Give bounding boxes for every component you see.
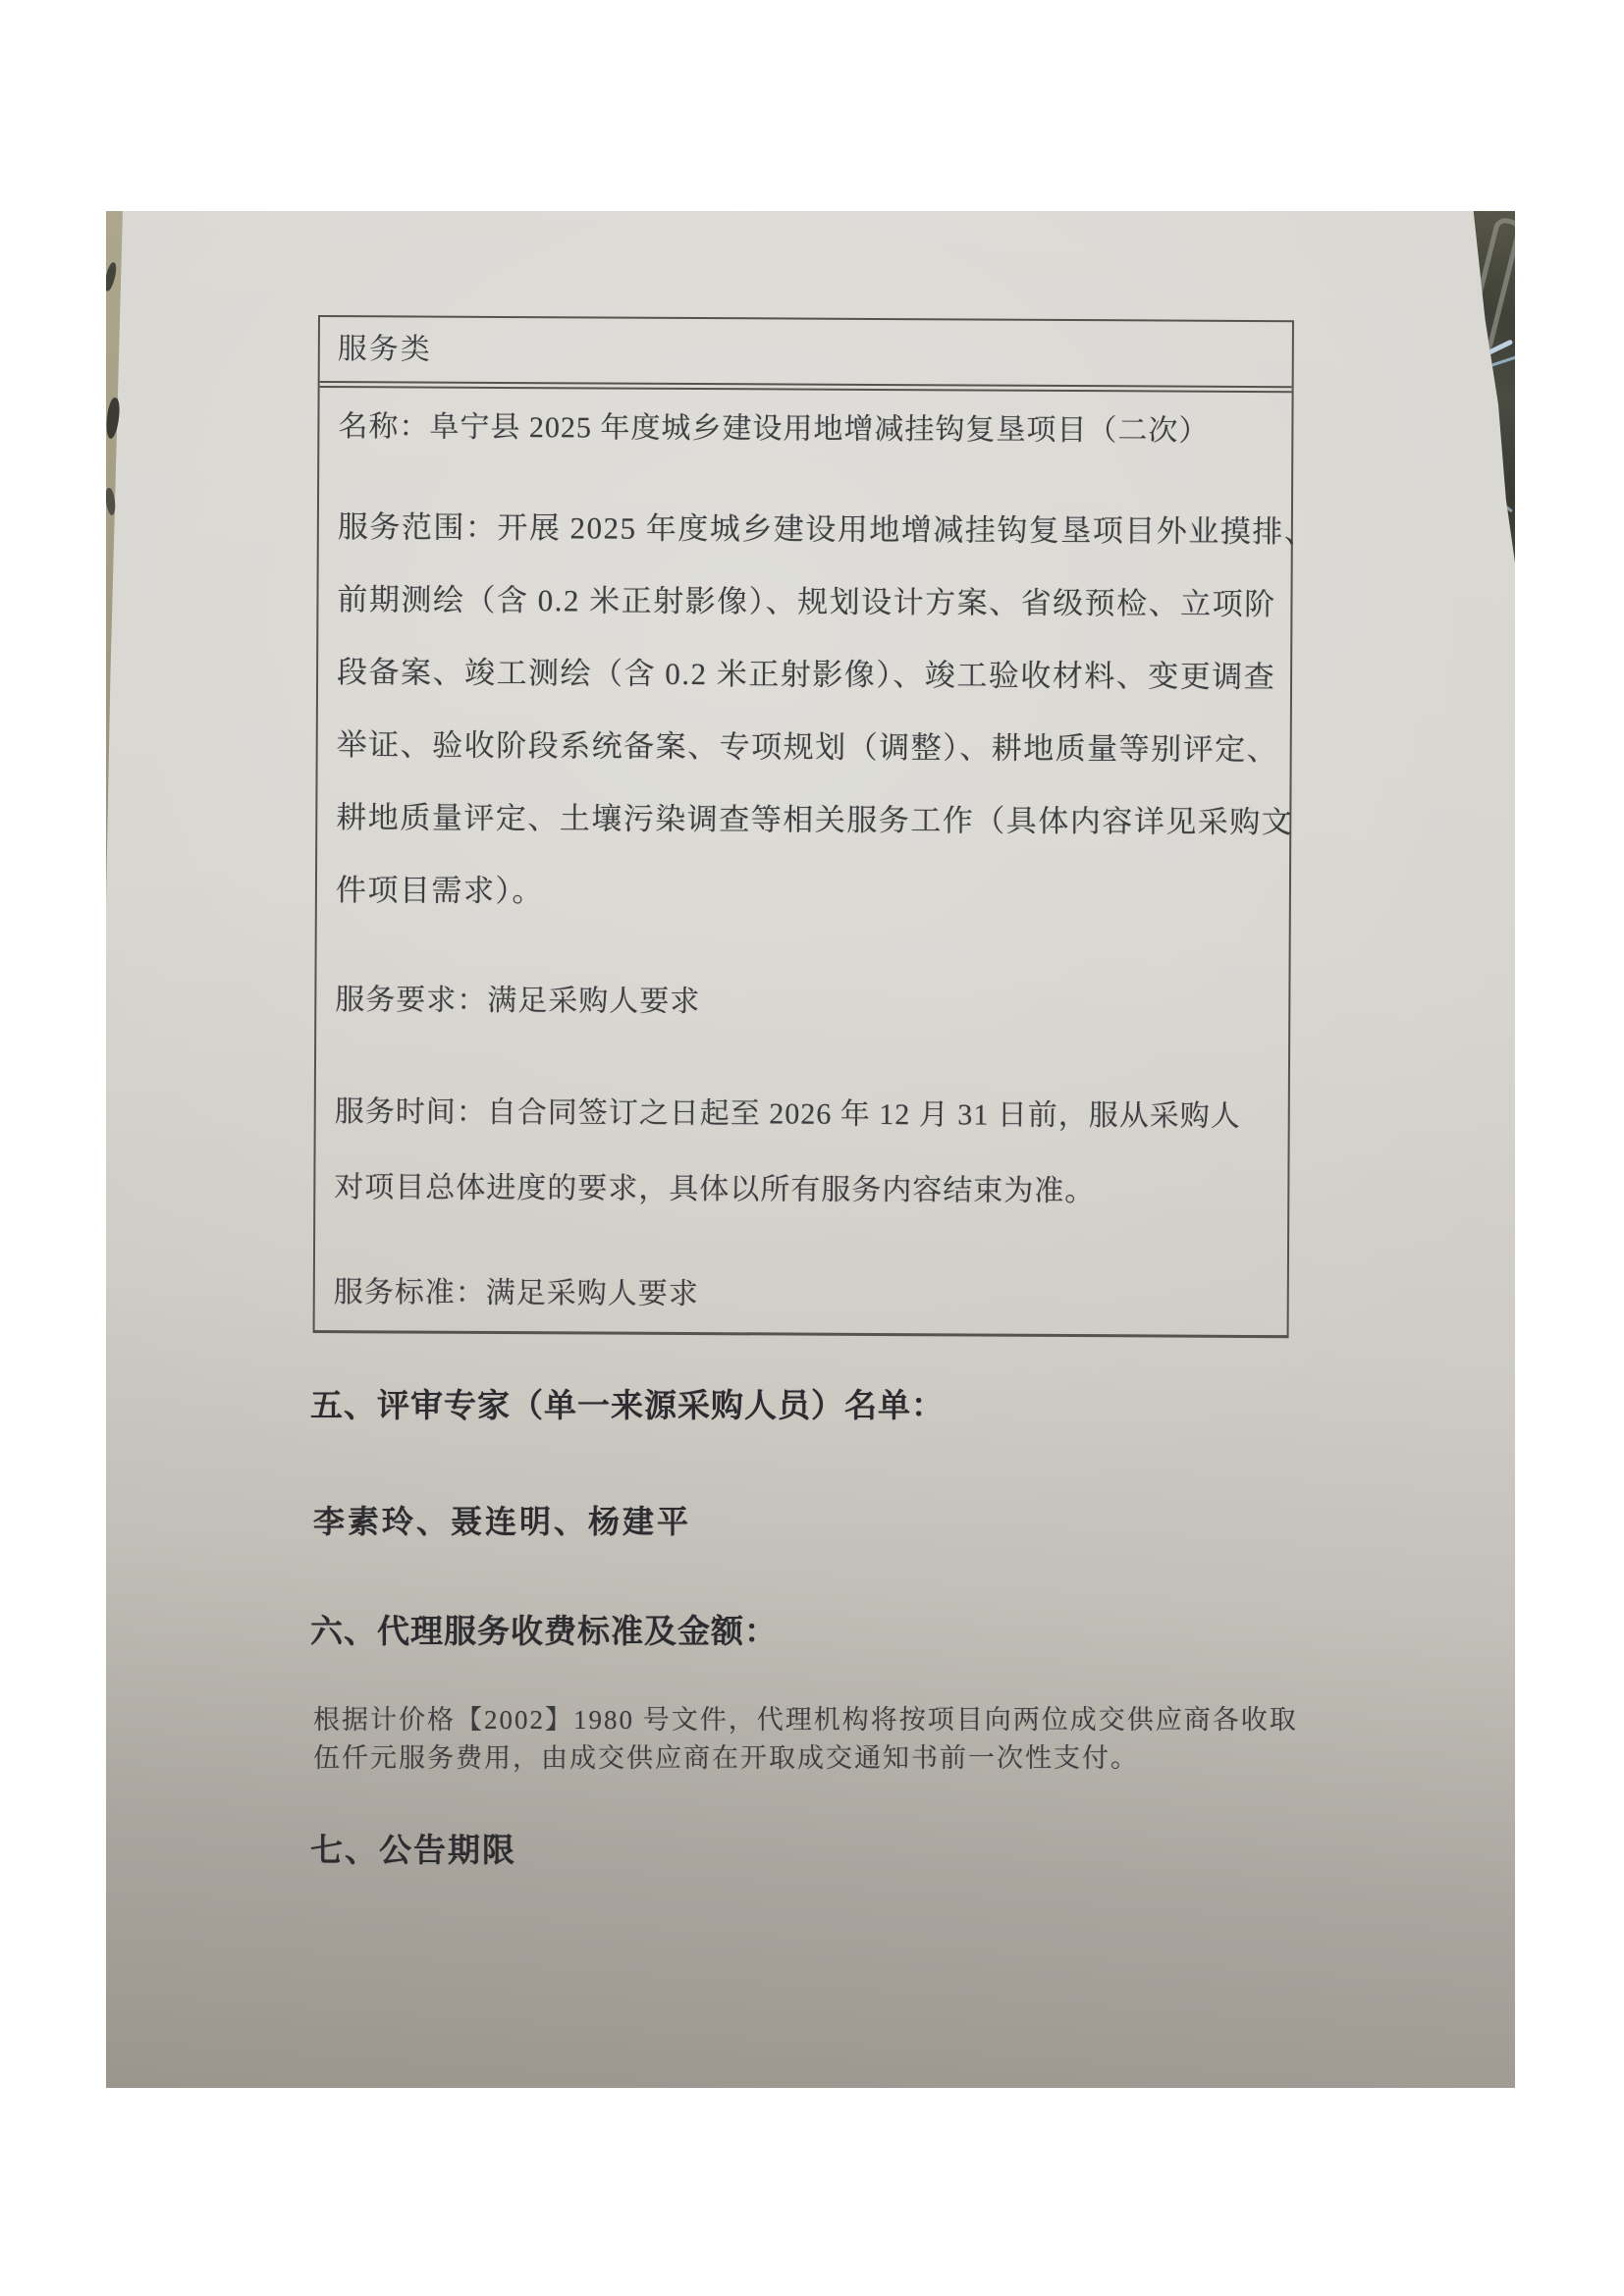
desk-background-top-right — [1470, 211, 1515, 562]
section-heading-experts: 五、评审专家（单一来源采购人员）名单： — [310, 1380, 945, 1426]
desk-object-highlight — [1489, 494, 1513, 513]
section-heading-fee: 六、代理服务收费标准及金额： — [310, 1606, 778, 1652]
table-scope-line: 举证、验收阶段系统备案、专项规划（调整）、耕地质量等别评定、 — [337, 709, 1284, 786]
table-standard-line: 服务标准：满足采购人要求 — [334, 1271, 1281, 1319]
table-time-line: 服务时间：自合同签订之日起至 2026 年 12 月 31 日前，服从采购人 — [335, 1074, 1282, 1154]
fee-line: 根据计价格【2002】1980 号文件，代理机构将按项目向两位成交供应商各收取 — [313, 1701, 1403, 1739]
desk-background-left-strip — [106, 211, 123, 1055]
table-scope-line: 件项目需求）。 — [336, 854, 1283, 932]
fee-line: 伍仟元服务费用，由成交供应商在开取成交通知书前一次性支付。 — [313, 1739, 1403, 1778]
experts-names: 李素玲、聂连明、杨建平 — [313, 1497, 691, 1542]
document-photo: 服务类 名称：阜宁县 2025 年度城乡建设用地增减挂钩复垦项目（二次） 服务范… — [106, 211, 1515, 2088]
page-background: 服务类 名称：阜宁县 2025 年度城乡建设用地增减挂钩复垦项目（二次） 服务范… — [0, 0, 1624, 2296]
desk-object-edge — [1463, 216, 1515, 356]
table-header-row: 服务类 — [320, 317, 1292, 393]
table-name-line: 名称：阜宁县 2025 年度城乡建设用地增减挂钩复垦项目（二次） — [338, 405, 1285, 454]
table-time-line: 对项目总体进度的要求，具体以所有服务内容结束为准。 — [334, 1149, 1281, 1230]
table-scope-line: 段备案、竣工测绘（含 0.2 米正射影像）、竣工验收材料、变更调查 — [337, 636, 1284, 714]
section-heading-notice: 七、公告期限 — [310, 1825, 516, 1871]
desk-object-highlight — [1480, 339, 1514, 358]
service-info-table: 服务类 名称：阜宁县 2025 年度城乡建设用地增减挂钩复垦项目（二次） 服务范… — [313, 315, 1294, 1338]
table-scope-line: 耕地质量评定、土壤污染调查等相关服务工作（具体内容详见采购文 — [336, 781, 1283, 859]
table-time-paragraph: 服务时间：自合同签订之日起至 2026 年 12 月 31 日前，服从采购人 对… — [334, 1074, 1282, 1230]
table-header-category: 服务类 — [320, 317, 1292, 387]
fee-paragraph: 根据计价格【2002】1980 号文件，代理机构将按项目向两位成交供应商各收取 … — [313, 1701, 1403, 1778]
table-scope-line: 服务范围：开展 2025 年度城乡建设用地增减挂钩复垦项目外业摸排、 — [338, 491, 1285, 568]
table-scope-paragraph: 服务范围：开展 2025 年度城乡建设用地增减挂钩复垦项目外业摸排、 前期测绘（… — [336, 491, 1285, 932]
desk-object-highlight — [1477, 356, 1515, 372]
table-requirement-line: 服务要求：满足采购人要求 — [335, 979, 1282, 1027]
table-scope-line: 前期测绘（含 0.2 米正射影像）、规划设计方案、省级预检、立项阶 — [337, 563, 1284, 641]
